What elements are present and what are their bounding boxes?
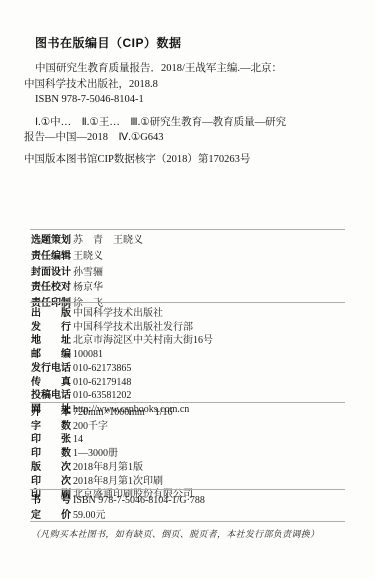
divider-bottom: [30, 521, 345, 522]
field-label: 地 址: [31, 335, 73, 347]
field-value: 苏 青 王晓义: [73, 235, 143, 246]
publication-row: 发行电话010-62173865: [31, 361, 347, 375]
publication-row: 地 址北京市海淀区中关村南大街16号: [31, 333, 347, 347]
field-value: 720mm×1000mm 1/16: [73, 407, 173, 418]
staff-credits-section: 选题策划苏 青 王晓义 责任编辑王晓义 封面设计孙雪骊 责任校对杨京华 责任印制…: [31, 232, 347, 311]
field-label: 责任校对: [31, 281, 73, 295]
publication-row: 发 行中国科学技术出版社发行部: [31, 320, 347, 334]
publication-info-section: 出 版中国科学技术出版社 发 行中国科学技术出版社发行部 地 址北京市海淀区中关…: [31, 306, 347, 416]
staff-row: 责任编辑王晓义: [31, 248, 347, 264]
field-value: 2018年8月第1版: [73, 462, 143, 473]
field-label: 出 版: [31, 308, 73, 320]
field-label: 字 数: [31, 421, 73, 433]
field-label: 开 本: [31, 407, 73, 419]
cip-classification-line-2: 报告—中国—2018 Ⅳ.①G643: [24, 130, 347, 146]
field-label: 邮 编: [31, 349, 73, 361]
publication-row: 邮 编100081: [31, 347, 347, 361]
field-label: 投稿电话: [31, 390, 73, 402]
field-value: 杨京华: [73, 282, 103, 293]
price-value: 59.00元: [73, 510, 106, 521]
staff-row: 选题策划苏 青 王晓义: [31, 232, 347, 248]
field-value: 王晓义: [73, 251, 103, 262]
book-number-row: 书 号ISBN 978-7-5046-8104-1/G·788: [31, 493, 347, 508]
cip-publisher-line: 中国科学技术出版社，2018.8: [24, 77, 347, 93]
field-value: 中国科学技术出版社: [73, 308, 163, 319]
field-label: 选题策划: [31, 234, 73, 248]
divider-staff-publication: [30, 302, 345, 303]
field-label: 印 数: [31, 448, 73, 460]
field-value: 1—3000册: [73, 448, 118, 459]
publication-row: 投稿电话010-63581202: [31, 388, 347, 402]
publication-row: 出 版中国科学技术出版社: [31, 306, 347, 320]
book-number-value: ISBN 978-7-5046-8104-1/G·788: [73, 495, 205, 506]
cip-title-line: 中国研究生教育质量报告．2018/王战军主编.—北京：: [24, 61, 347, 77]
field-value: 100081: [73, 349, 103, 360]
replacement-policy-note: （凡购买本社图书，如有缺页、倒页、脱页者，本社发行部负责调换）: [31, 528, 347, 540]
field-label: 责任编辑: [31, 250, 73, 264]
printing-row: 印 次2018年8月第1次印刷: [31, 474, 347, 488]
divider-publication-printing: [30, 402, 345, 403]
field-label: 发 行: [31, 322, 73, 334]
field-label: 发行电话: [31, 363, 73, 375]
field-label: 传 真: [31, 377, 73, 389]
printing-row: 印 张14: [31, 432, 347, 446]
price-row: 定 价59.00元: [31, 508, 347, 523]
field-label: 印 张: [31, 434, 73, 446]
field-value: 孙雪骊: [73, 267, 103, 278]
cip-header: 图书在版编目（CIP）数据: [35, 36, 182, 50]
cip-isbn-line: ISBN 978-7-5046-8104-1: [24, 92, 347, 108]
cip-classification-line-1: Ⅰ.①中… Ⅱ.①王… Ⅲ.①研究生教育—教育质量—研究: [24, 115, 347, 131]
field-value: 010-62173865: [73, 363, 131, 374]
cip-record-line: 中国版本图书馆CIP数据核字（2018）第170263号: [24, 152, 347, 168]
printing-row: 版 次2018年8月第1版: [31, 460, 347, 474]
printing-row: 字 数200千字: [31, 419, 347, 433]
field-label: 封面设计: [31, 266, 73, 280]
field-value: 中国科学技术出版社发行部: [73, 322, 193, 333]
book-number-price-section: 书 号ISBN 978-7-5046-8104-1/G·788 定 价59.00…: [31, 493, 347, 522]
divider-top: [30, 229, 345, 230]
field-label: 印 次: [31, 476, 73, 488]
field-value: 010-63581202: [73, 390, 131, 401]
divider-printing-pricing: [30, 489, 345, 490]
field-value: 14: [73, 434, 83, 445]
field-value: 北京市海淀区中关村南大街16号: [73, 335, 213, 346]
field-value: 200千字: [73, 421, 108, 432]
field-value: 2018年8月第1次印刷: [73, 476, 163, 487]
staff-row: 责任校对杨京华: [31, 279, 347, 295]
publication-row: 传 真010-62179148: [31, 375, 347, 389]
cip-data-block: 中国研究生教育质量报告．2018/王战军主编.—北京： 中国科学技术出版社，20…: [24, 61, 347, 167]
field-label: 书 号: [31, 495, 73, 508]
printing-row: 印 数1—3000册: [31, 446, 347, 460]
printing-spec-section: 开 本720mm×1000mm 1/16 字 数200千字 印 张14 印 数1…: [31, 405, 347, 501]
copyright-page: 图书在版编目（CIP）数据 中国研究生教育质量报告．2018/王战军主编.—北京…: [0, 0, 375, 579]
field-label: 版 次: [31, 462, 73, 474]
staff-row: 封面设计孙雪骊: [31, 264, 347, 280]
printing-row: 开 本720mm×1000mm 1/16: [31, 405, 347, 419]
field-value: 010-62179148: [73, 377, 131, 388]
